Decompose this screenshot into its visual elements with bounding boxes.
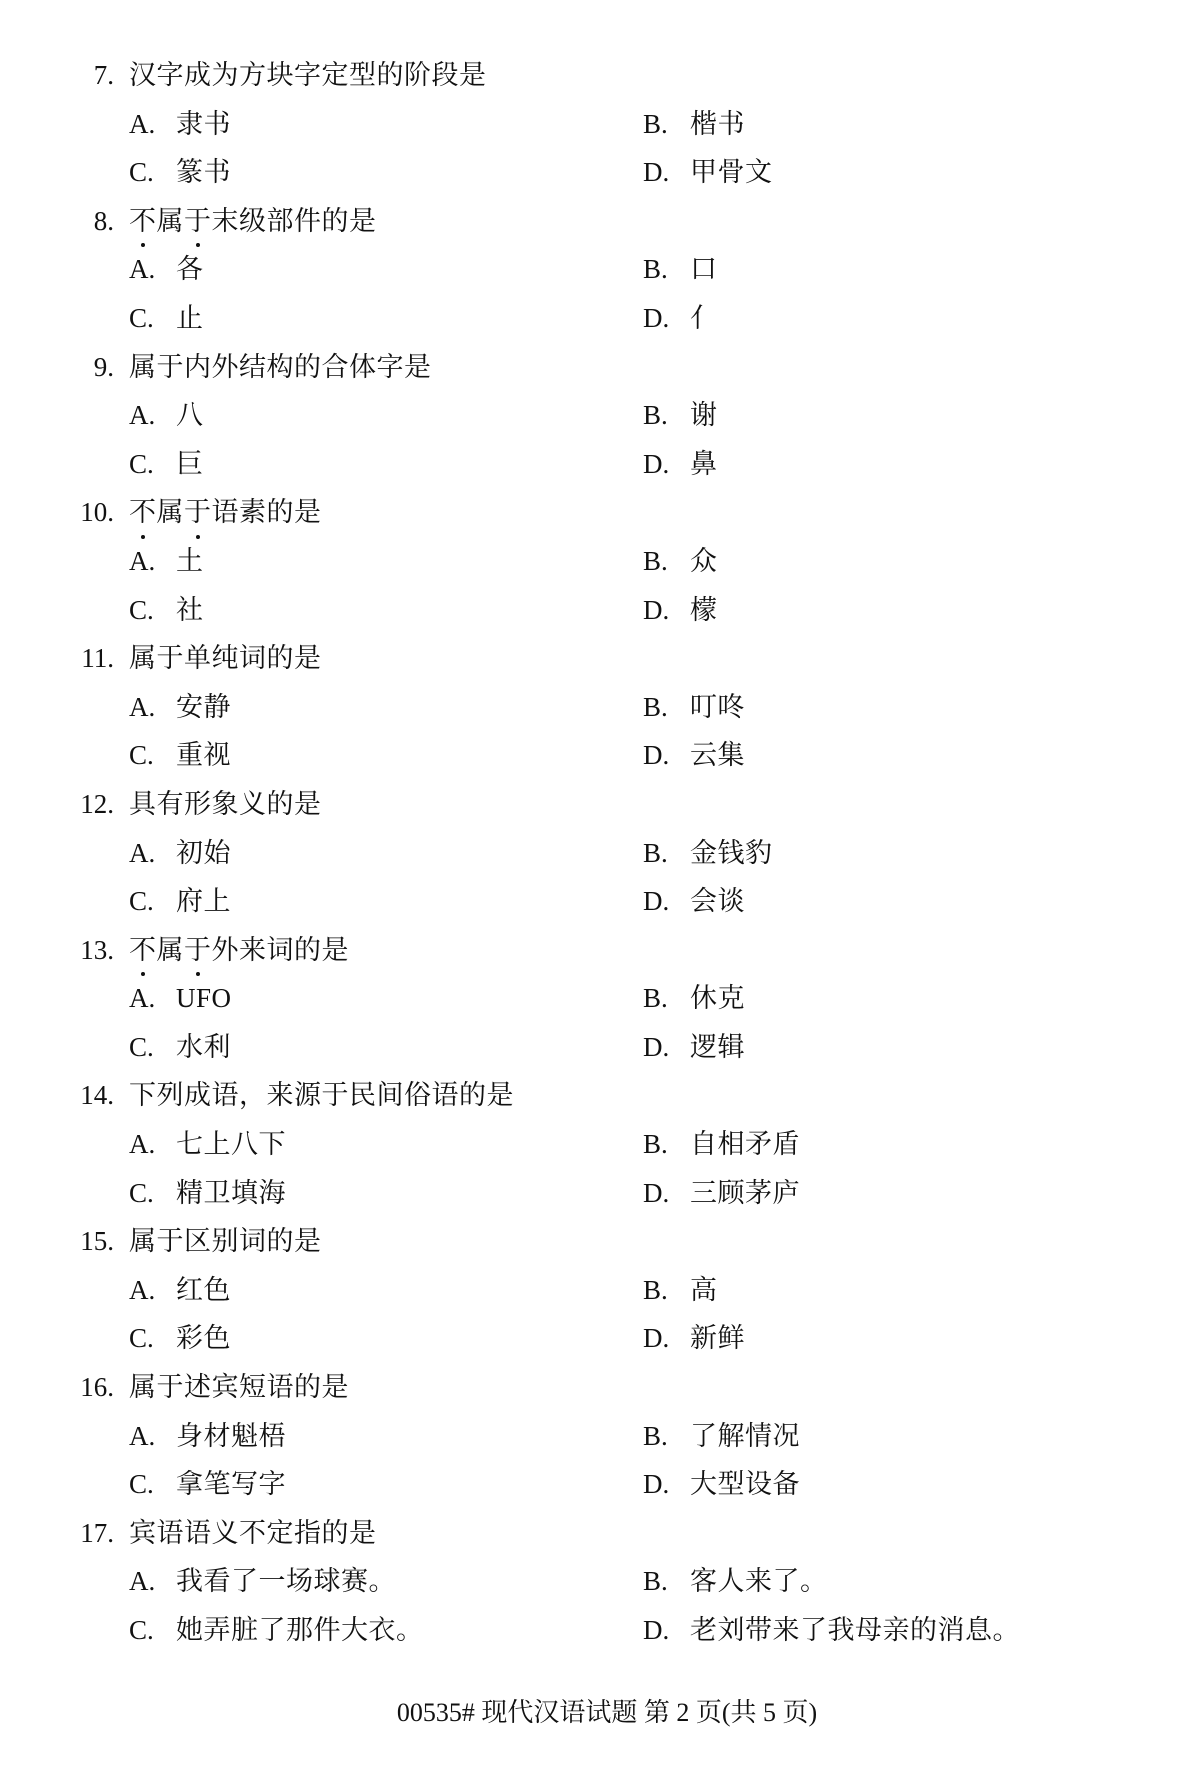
question-item: 7.汉字成为方块字定型的阶段是A.隶书B.楷书C.篆书D.甲骨文 (0, 51, 1196, 197)
option-letter: D. (643, 440, 690, 489)
option-text: 精卫填海 (176, 1178, 286, 1208)
emphasis-dot-char: 不 (129, 197, 157, 246)
option-letter: C. (129, 1169, 176, 1218)
option-text: 八 (176, 400, 204, 430)
option-letter: B. (643, 974, 690, 1023)
question-text: 宾语语义不定指的是 (129, 1509, 377, 1558)
answer-option: A.红色 (129, 1266, 231, 1315)
answer-option: B.自相矛盾 (643, 1120, 800, 1169)
question-number: 8. (94, 197, 114, 246)
option-text: 水利 (176, 1032, 231, 1062)
question-item: 14.下列成语，来源于民间俗语的是A.七上八下B.自相矛盾C.精卫填海D.三顾茅… (0, 1071, 1196, 1217)
option-letter: C. (129, 1023, 176, 1072)
answer-option: B.口 (643, 245, 718, 294)
question-item: 8.不属于末级部件的是A.各B.口C.止D.亻 (0, 197, 1196, 343)
question-text: 不属于外来词的是 (129, 926, 349, 975)
answer-option: C.水利 (129, 1023, 231, 1072)
option-text: 府上 (176, 886, 231, 916)
option-letter: D. (643, 1460, 690, 1509)
option-text: 鼻 (690, 449, 718, 479)
question-text: 属于区别词的是 (129, 1217, 322, 1266)
option-letter: D. (643, 1314, 690, 1363)
option-text: 篆书 (176, 157, 231, 187)
question-item: 12.具有形象义的是A.初始B.金钱豹C.府上D.会谈 (0, 780, 1196, 926)
option-text: 高 (690, 1275, 718, 1305)
option-text: 安静 (176, 692, 231, 722)
option-text: 重视 (176, 740, 231, 770)
option-text: 拿笔写字 (176, 1469, 286, 1499)
question-text-segment: 属 (157, 497, 185, 527)
option-text: 彩色 (176, 1323, 231, 1353)
emphasis-dot-char: 不 (129, 488, 157, 537)
question-stem: 13.不属于外来词的是 (0, 926, 1196, 975)
answer-option: C.拿笔写字 (129, 1460, 286, 1509)
option-letter: A. (129, 1412, 176, 1461)
option-letter: B. (643, 683, 690, 732)
option-letter: C. (129, 1606, 176, 1655)
option-row: C.重视D.云集 (0, 731, 1196, 780)
option-letter: B. (643, 1557, 690, 1606)
answer-option: D.檬 (643, 586, 718, 635)
option-text: 新鲜 (690, 1323, 745, 1353)
answer-option: D.云集 (643, 731, 745, 780)
option-letter: A. (129, 683, 176, 732)
answer-option: D.大型设备 (643, 1460, 800, 1509)
option-text: 身材魁梧 (176, 1421, 286, 1451)
question-text-segment: 语素的是 (212, 497, 322, 527)
option-letter: C. (129, 1314, 176, 1363)
question-list: 7.汉字成为方块字定型的阶段是A.隶书B.楷书C.篆书D.甲骨文8.不属于末级部… (0, 51, 1196, 1655)
option-row: A.初始B.金钱豹 (0, 829, 1196, 878)
option-row: A.UFOB.休克 (0, 974, 1196, 1023)
question-number: 17. (80, 1509, 114, 1558)
option-row: A.安静B.叮咚 (0, 683, 1196, 732)
question-number: 13. (80, 926, 114, 975)
answer-option: D.甲骨文 (643, 148, 773, 197)
option-letter: A. (129, 1120, 176, 1169)
option-letter: C. (129, 440, 176, 489)
option-row: A.隶书B.楷书 (0, 100, 1196, 149)
option-text: 我看了一场球赛。 (176, 1566, 396, 1596)
option-letter: A. (129, 245, 176, 294)
answer-option: D.亻 (643, 294, 718, 343)
option-text: 客人来了。 (690, 1566, 828, 1596)
answer-option: B.众 (643, 537, 718, 586)
option-row: A.各B.口 (0, 245, 1196, 294)
answer-option: C.精卫填海 (129, 1169, 286, 1218)
question-text: 具有形象义的是 (129, 780, 322, 829)
option-letter: C. (129, 731, 176, 780)
option-row: C.篆书D.甲骨文 (0, 148, 1196, 197)
question-stem: 9.属于内外结构的合体字是 (0, 343, 1196, 392)
option-row: A.土B.众 (0, 537, 1196, 586)
question-text: 属于单纯词的是 (129, 634, 322, 683)
option-text: UFO (176, 983, 232, 1013)
answer-option: C.府上 (129, 877, 231, 926)
option-letter: C. (129, 1460, 176, 1509)
option-letter: C. (129, 586, 176, 635)
answer-option: B.楷书 (643, 100, 745, 149)
question-number: 7. (94, 51, 114, 100)
answer-option: B.金钱豹 (643, 829, 773, 878)
option-letter: A. (129, 100, 176, 149)
question-text-segment: 外来词的是 (212, 935, 350, 965)
option-letter: B. (643, 829, 690, 878)
question-number: 12. (80, 780, 114, 829)
option-text: 了解情况 (690, 1421, 800, 1451)
option-text: 檬 (690, 595, 718, 625)
option-letter: D. (643, 294, 690, 343)
answer-option: C.她弄脏了那件大衣。 (129, 1606, 424, 1655)
question-text: 不属于语素的是 (129, 488, 322, 537)
option-text: 止 (176, 303, 204, 333)
question-text-segment: 汉字成为方块字定型的阶段是 (129, 60, 487, 90)
answer-option: D.三顾茅庐 (643, 1169, 800, 1218)
option-letter: B. (643, 100, 690, 149)
answer-option: D.老刘带来了我母亲的消息。 (643, 1606, 1020, 1655)
question-stem: 10.不属于语素的是 (0, 488, 1196, 537)
option-letter: D. (643, 1606, 690, 1655)
option-text: 大型设备 (690, 1469, 800, 1499)
option-text: 甲骨文 (690, 157, 773, 187)
question-stem: 12.具有形象义的是 (0, 780, 1196, 829)
answer-option: B.了解情况 (643, 1412, 800, 1461)
option-text: 楷书 (690, 109, 745, 139)
option-text: 初始 (176, 838, 231, 868)
question-number: 16. (80, 1363, 114, 1412)
option-row: C.止D.亻 (0, 294, 1196, 343)
answer-option: A.UFO (129, 974, 232, 1023)
option-row: C.彩色D.新鲜 (0, 1314, 1196, 1363)
option-text: 逻辑 (690, 1032, 745, 1062)
option-row: A.七上八下B.自相矛盾 (0, 1120, 1196, 1169)
question-item: 9.属于内外结构的合体字是A.八B.谢C.巨D.鼻 (0, 343, 1196, 489)
option-letter: D. (643, 586, 690, 635)
option-letter: D. (643, 1169, 690, 1218)
option-text: 她弄脏了那件大衣。 (176, 1615, 424, 1645)
question-stem: 7.汉字成为方块字定型的阶段是 (0, 51, 1196, 100)
option-text: 红色 (176, 1275, 231, 1305)
question-number: 11. (81, 634, 114, 683)
option-text: 七上八下 (176, 1129, 286, 1159)
exam-page: 7.汉字成为方块字定型的阶段是A.隶书B.楷书C.篆书D.甲骨文8.不属于末级部… (0, 0, 1196, 1772)
question-text-segment: 末级部件的是 (212, 206, 377, 236)
option-letter: A. (129, 974, 176, 1023)
answer-option: A.土 (129, 537, 204, 586)
answer-option: C.重视 (129, 731, 231, 780)
question-stem: 11.属于单纯词的是 (0, 634, 1196, 683)
emphasis-dot-char: 于 (184, 926, 212, 975)
option-text: 社 (176, 595, 204, 625)
option-row: C.社D.檬 (0, 586, 1196, 635)
emphasis-dot-char: 于 (184, 197, 212, 246)
option-letter: A. (129, 537, 176, 586)
answer-option: B.谢 (643, 391, 718, 440)
question-number: 10. (80, 488, 114, 537)
option-text: 众 (690, 546, 718, 576)
option-letter: D. (643, 731, 690, 780)
question-text-segment: 属于述宾短语的是 (129, 1372, 349, 1402)
question-text-segment: 属于内外结构的合体字是 (129, 352, 432, 382)
question-text: 不属于末级部件的是 (129, 197, 377, 246)
option-text: 谢 (690, 400, 718, 430)
option-text: 各 (176, 254, 204, 284)
option-text: 土 (176, 546, 204, 576)
option-text: 休克 (690, 983, 745, 1013)
answer-option: A.初始 (129, 829, 231, 878)
answer-option: B.高 (643, 1266, 718, 1315)
question-item: 10.不属于语素的是A.土B.众C.社D.檬 (0, 488, 1196, 634)
question-stem: 16.属于述宾短语的是 (0, 1363, 1196, 1412)
answer-option: B.休克 (643, 974, 745, 1023)
question-text-segment: 具有形象义的是 (129, 789, 322, 819)
answer-option: D.鼻 (643, 440, 718, 489)
question-text-segment: 下列成语，来源于民间俗语的是 (129, 1080, 514, 1110)
option-row: C.精卫填海D.三顾茅庐 (0, 1169, 1196, 1218)
question-text: 汉字成为方块字定型的阶段是 (129, 51, 487, 100)
answer-option: A.各 (129, 245, 204, 294)
option-letter: A. (129, 391, 176, 440)
answer-option: C.止 (129, 294, 204, 343)
option-text: 巨 (176, 449, 204, 479)
option-row: C.巨D.鼻 (0, 440, 1196, 489)
option-row: A.我看了一场球赛。B.客人来了。 (0, 1557, 1196, 1606)
option-text: 叮咚 (690, 692, 745, 722)
question-item: 15.属于区别词的是A.红色B.高C.彩色D.新鲜 (0, 1217, 1196, 1363)
option-text: 三顾茅庐 (690, 1178, 800, 1208)
question-text: 属于述宾短语的是 (129, 1363, 349, 1412)
answer-option: C.巨 (129, 440, 204, 489)
option-row: A.红色B.高 (0, 1266, 1196, 1315)
option-letter: B. (643, 1266, 690, 1315)
option-text: 隶书 (176, 109, 231, 139)
option-text: 口 (690, 254, 718, 284)
answer-option: A.七上八下 (129, 1120, 286, 1169)
question-number: 9. (94, 343, 114, 392)
option-row: C.拿笔写字D.大型设备 (0, 1460, 1196, 1509)
page-footer: 00535# 现代汉语试题 第 2 页(共 5 页) (0, 1693, 1196, 1733)
answer-option: D.逻辑 (643, 1023, 745, 1072)
option-row: A.八B.谢 (0, 391, 1196, 440)
option-row: C.府上D.会谈 (0, 877, 1196, 926)
question-text-segment: 属于单纯词的是 (129, 643, 322, 673)
option-letter: B. (643, 537, 690, 586)
option-text: 会谈 (690, 886, 745, 916)
question-item: 16.属于述宾短语的是A.身材魁梧B.了解情况C.拿笔写字D.大型设备 (0, 1363, 1196, 1509)
option-letter: D. (643, 877, 690, 926)
option-letter: B. (643, 245, 690, 294)
answer-option: C.社 (129, 586, 204, 635)
question-stem: 14.下列成语，来源于民间俗语的是 (0, 1071, 1196, 1120)
option-letter: C. (129, 148, 176, 197)
question-stem: 8.不属于末级部件的是 (0, 197, 1196, 246)
answer-option: B.叮咚 (643, 683, 745, 732)
option-text: 云集 (690, 740, 745, 770)
answer-option: D.会谈 (643, 877, 745, 926)
option-letter: B. (643, 1412, 690, 1461)
option-text: 自相矛盾 (690, 1129, 800, 1159)
option-letter: C. (129, 877, 176, 926)
question-text: 下列成语，来源于民间俗语的是 (129, 1071, 514, 1120)
answer-option: C.彩色 (129, 1314, 231, 1363)
question-stem: 17.宾语语义不定指的是 (0, 1509, 1196, 1558)
question-number: 14. (80, 1071, 114, 1120)
option-text: 金钱豹 (690, 838, 773, 868)
question-item: 11.属于单纯词的是A.安静B.叮咚C.重视D.云集 (0, 634, 1196, 780)
option-letter: B. (643, 391, 690, 440)
question-text-segment: 属于区别词的是 (129, 1226, 322, 1256)
answer-option: C.篆书 (129, 148, 231, 197)
question-number: 15. (80, 1217, 114, 1266)
option-letter: A. (129, 1557, 176, 1606)
option-letter: D. (643, 148, 690, 197)
option-letter: C. (129, 294, 176, 343)
option-text: 亻 (690, 303, 718, 333)
answer-option: D.新鲜 (643, 1314, 745, 1363)
option-letter: A. (129, 1266, 176, 1315)
question-text-segment: 属 (157, 935, 185, 965)
question-text: 属于内外结构的合体字是 (129, 343, 432, 392)
question-stem: 15.属于区别词的是 (0, 1217, 1196, 1266)
answer-option: A.身材魁梧 (129, 1412, 286, 1461)
answer-option: A.八 (129, 391, 204, 440)
emphasis-dot-char: 不 (129, 926, 157, 975)
answer-option: B.客人来了。 (643, 1557, 828, 1606)
question-text-segment: 宾语语义不定指的是 (129, 1518, 377, 1548)
answer-option: A.我看了一场球赛。 (129, 1557, 396, 1606)
option-text: 老刘带来了我母亲的消息。 (690, 1615, 1020, 1645)
option-row: C.水利D.逻辑 (0, 1023, 1196, 1072)
option-letter: A. (129, 829, 176, 878)
answer-option: A.隶书 (129, 100, 231, 149)
option-row: C.她弄脏了那件大衣。D.老刘带来了我母亲的消息。 (0, 1606, 1196, 1655)
question-text-segment: 属 (157, 206, 185, 236)
emphasis-dot-char: 于 (184, 488, 212, 537)
option-letter: D. (643, 1023, 690, 1072)
option-row: A.身材魁梧B.了解情况 (0, 1412, 1196, 1461)
answer-option: A.安静 (129, 683, 231, 732)
option-letter: B. (643, 1120, 690, 1169)
question-item: 13.不属于外来词的是A.UFOB.休克C.水利D.逻辑 (0, 926, 1196, 1072)
question-item: 17.宾语语义不定指的是A.我看了一场球赛。B.客人来了。C.她弄脏了那件大衣。… (0, 1509, 1196, 1655)
